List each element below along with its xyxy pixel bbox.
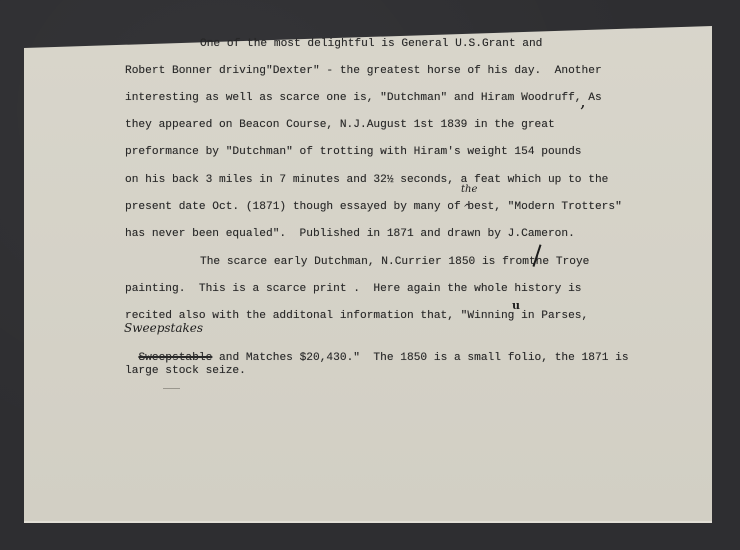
text-line: The scarce early Dutchman, N.Currier 185…	[200, 255, 589, 269]
text-line: large stock seize.	[125, 364, 246, 378]
text-line: on his back 3 miles in 7 minutes and 32½…	[125, 173, 608, 187]
pencil-dash	[163, 388, 180, 389]
text-line-rest: and Matches $20,430." The 1850 is a smal…	[219, 352, 629, 364]
text-line: One of the most delightful is General U.…	[200, 37, 542, 51]
paper-bottom-edge	[24, 521, 712, 523]
text-line: has never been equaled". Published in 18…	[125, 227, 575, 241]
handwritten-correction-letter: u	[512, 299, 520, 312]
text-line: interesting as well as scarce one is, "D…	[125, 91, 602, 105]
text-line: painting. This is a scarce print . Here …	[125, 282, 582, 296]
text-line: present date Oct. (1871) though essayed …	[125, 200, 622, 214]
struck-word: Sweepstable	[138, 352, 212, 364]
handwritten-correction: Sweepstakes	[124, 321, 203, 335]
handwritten-insertion: the	[461, 184, 477, 195]
caret-mark: ^	[463, 203, 471, 214]
text-line: Robert Bonner driving"Dexter" - the grea…	[125, 64, 602, 78]
text-line: preformance by "Dutchman" of trotting wi…	[125, 145, 582, 159]
handwritten-comma: ,	[580, 91, 586, 112]
text-line: they appeared on Beacon Course, N.J.Augu…	[125, 118, 555, 132]
text-line: Sweepstable and Matches $20,430." The 18…	[125, 337, 629, 365]
